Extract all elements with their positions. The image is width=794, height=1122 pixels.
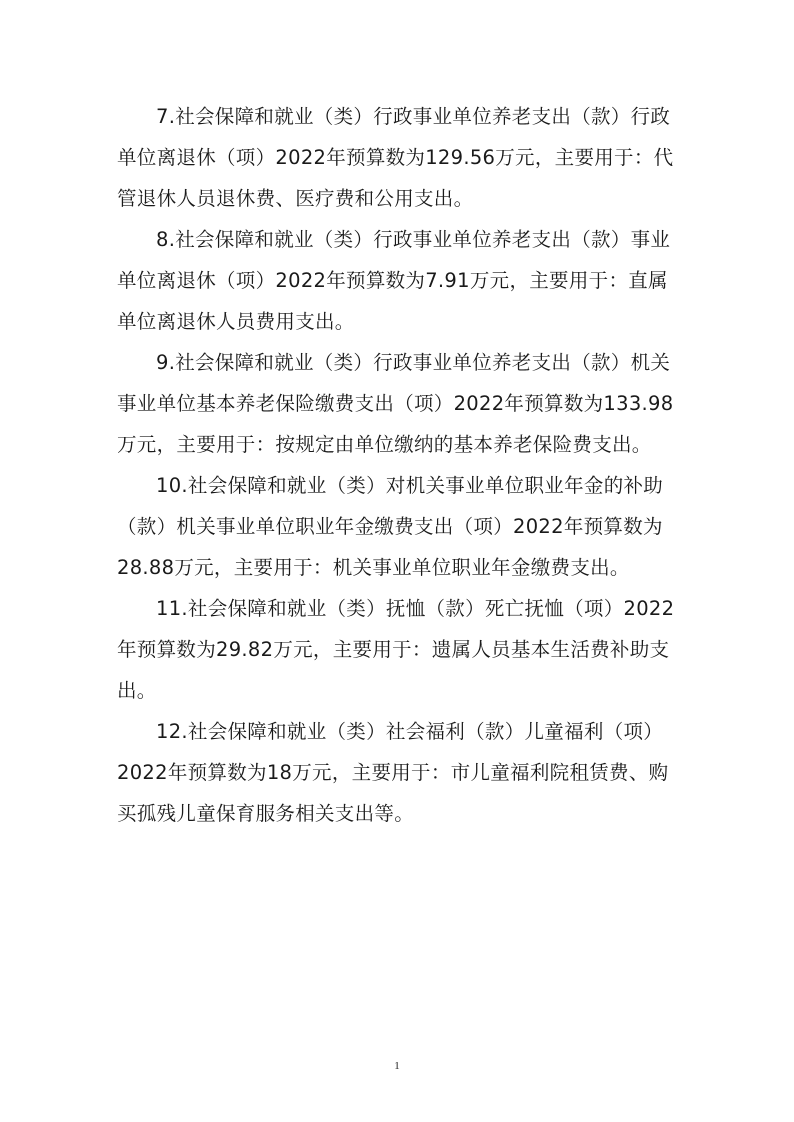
paragraph-item-7: 7.社会保障和就业（类）行政事业单位养老支出（款）行政单位离退休（项）2022年… [117, 96, 679, 219]
document-page: 7.社会保障和就业（类）行政事业单位养老支出（款）行政单位离退休（项）2022年… [0, 0, 794, 1122]
paragraph-item-10: 10.社会保障和就业（类）对机关事业单位职业年金的补助（款）机关事业单位职业年金… [117, 465, 679, 588]
paragraph-item-11: 11.社会保障和就业（类）抚恤（款）死亡抚恤（项）2022年预算数为29.82万… [117, 588, 679, 711]
paragraph-item-8: 8.社会保障和就业（类）行政事业单位养老支出（款）事业单位离退休（项）2022年… [117, 219, 679, 342]
page-number: 1 [0, 1060, 794, 1072]
paragraph-item-12: 12.社会保障和就业（类）社会福利（款）儿童福利（项）2022年预算数为18万元… [117, 711, 679, 834]
paragraph-item-9: 9.社会保障和就业（类）行政事业单位养老支出（款）机关事业单位基本养老保险缴费支… [117, 342, 679, 465]
document-body: 7.社会保障和就业（类）行政事业单位养老支出（款）行政单位离退休（项）2022年… [117, 96, 679, 834]
